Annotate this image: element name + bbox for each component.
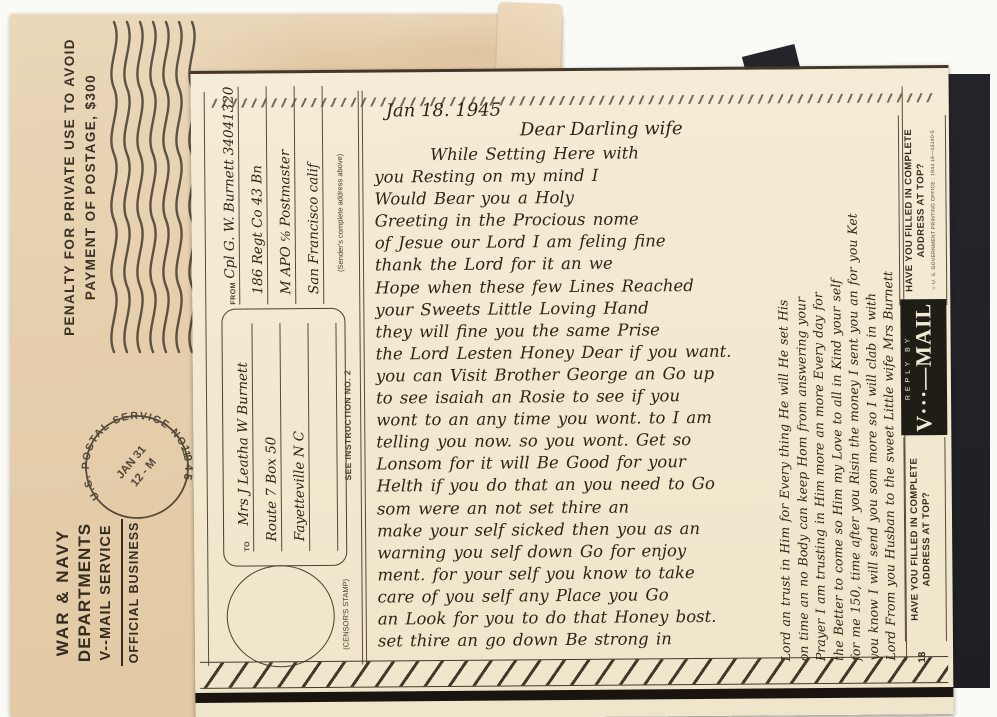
address-check-top: HAVE YOU FILLED IN COMPLETE ADDRESS AT T… (898, 115, 947, 305)
from-row-4: San Francisco calif (295, 86, 325, 304)
to-label: TO (244, 541, 251, 552)
to-row-2: Route 7 Box 50 (252, 323, 282, 551)
to-line-1: Mrs J Leatha W Burnett (235, 362, 252, 526)
margin-line: Lord From you Husban to the sweet Little… (878, 90, 900, 660)
government-print-note: ☆ U. S. GOVERNMENT PRINTING OFFICE : 194… (930, 115, 937, 305)
to-address-box: TO Mrs J Leatha W Burnett Route 7 Box 50… (221, 308, 347, 567)
address-check-line-1: HAVE YOU FILLED IN COMPLETE (908, 437, 922, 641)
vmail-letter-scan: PENALTY FOR PRIVATE USE TO AVOID PAYMENT… (0, 0, 997, 717)
to-line-3: Fayetteville N C (291, 431, 308, 541)
instruction-note: SEE INSTRUCTION NO. 2 (342, 354, 356, 496)
to-row-4 (308, 323, 338, 551)
penalty-notice: PENALTY FOR PRIVATE USE TO AVOID PAYMENT… (59, 22, 103, 352)
letter-salutation: Dear Darling wife (520, 118, 683, 140)
from-line-1: Cpl G. W. Burnett 34041320 (221, 86, 239, 278)
censor-stamp-label: (CENSOR'S STAMP) (341, 558, 355, 670)
address-message-divider (358, 91, 368, 665)
cancellation-waves (104, 20, 204, 360)
address-check-line-2: ADDRESS AT TOP? (915, 115, 928, 305)
war-navy-departments-block: WAR & NAVY DEPARTMENTS V--MAIL SERVICE O… (52, 490, 167, 695)
vmail-logo-block: REPLY BY V···—MAIL (901, 300, 946, 434)
address-check-line-2: ADDRESS AT TOP? (920, 437, 934, 641)
address-check-line-1: HAVE YOU FILLED IN COMPLETE (903, 115, 916, 305)
from-line-3: M APO ℅ Postmaster (277, 150, 294, 295)
from-row-3: M APO ℅ Postmaster (267, 86, 297, 304)
from-address-block: FROM Cpl G. W. Burnett 34041320 186 Regt… (211, 86, 331, 305)
to-row-3: Fayetteville N C (280, 323, 310, 551)
from-row-1: FROM Cpl G. W. Burnett 34041320 (211, 87, 241, 305)
from-line-4: San Francisco calif (305, 163, 322, 294)
letter-date: Jan 18. 1945 (386, 100, 502, 122)
penalty-line-2: PAYMENT OF POSTAGE, $300 (80, 22, 101, 352)
form-left-rule (204, 92, 210, 666)
dept-line-2: DEPARTMENTS (74, 490, 96, 695)
dept-line-3: V--MAIL SERVICE (96, 490, 116, 695)
vmail-form-sheet: FROM Cpl G. W. Burnett 34041320 186 Regt… (190, 65, 953, 717)
penalty-line-1: PENALTY FOR PRIVATE USE TO AVOID (59, 22, 80, 352)
censor-stamp-circle (226, 565, 335, 668)
bottom-black-bar (195, 687, 953, 703)
bottom-hatch-band (200, 656, 948, 689)
to-row-1: TO Mrs J Leatha W Burnett (224, 324, 254, 552)
from-row-2: 186 Regt Co 43 Bn (239, 86, 269, 304)
sender-note: (Sender's complete address above) (335, 113, 351, 313)
dept-divider-rule (121, 519, 123, 667)
from-line-2: 186 Regt Co 43 Bn (249, 165, 266, 295)
vmail-logo: V···—MAIL (911, 300, 936, 434)
dept-line-4: OFFICIAL BUSINESS (127, 490, 141, 695)
dept-line-1: WAR & NAVY (52, 490, 74, 695)
to-line-2: Route 7 Box 50 (263, 437, 280, 542)
address-check-bottom: HAVE YOU FILLED IN COMPLETE ADDRESS AT T… (903, 437, 947, 641)
from-label: FROM (230, 282, 237, 305)
margin-handwriting: Lord an trust in Him for Every thing He … (773, 90, 901, 661)
